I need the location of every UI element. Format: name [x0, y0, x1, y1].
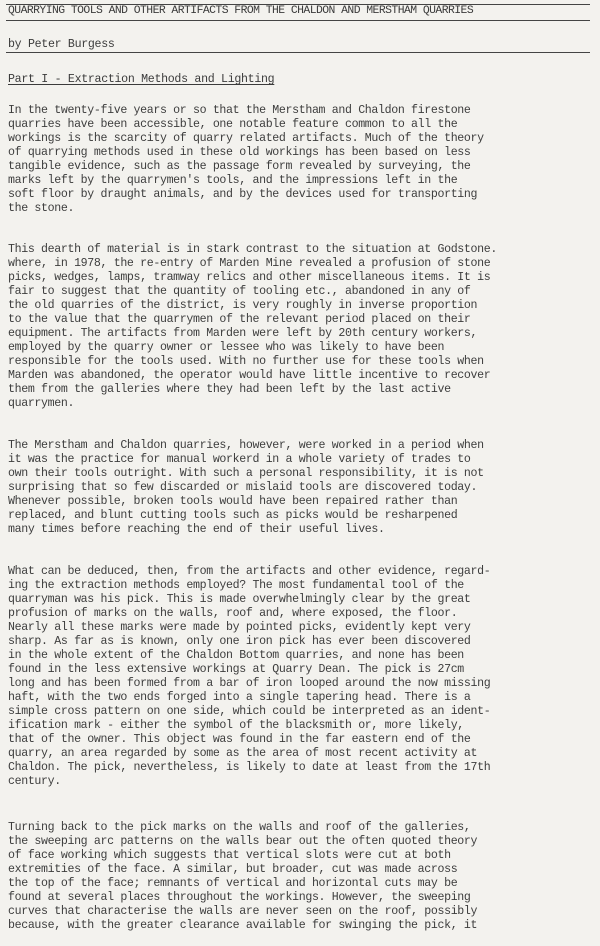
text-line: the sweeping arc patterns on the walls b… [8, 835, 477, 849]
document-page: QUARRYING TOOLS AND OTHER ARTIFACTS FROM… [0, 0, 600, 946]
text-line: workings is the scarcity of quarry relat… [8, 132, 484, 146]
text-line: Nearly all these marks were made by poin… [8, 621, 471, 635]
text-line: where, in 1978, the re-entry of Marden M… [8, 257, 490, 271]
text-line: them from the galleries where they had b… [8, 383, 451, 397]
text-line: sharp. As far as is known, only one iron… [8, 635, 471, 649]
document-title: QUARRYING TOOLS AND OTHER ARTIFACTS FROM… [8, 5, 473, 17]
text-line: the stone. [8, 202, 74, 216]
text-line: in the whole extent of the Chaldon Botto… [8, 649, 464, 663]
text-line: ing the extraction methods employed? The… [8, 579, 464, 593]
text-line: quarrymen. [8, 397, 74, 411]
text-line: This dearth of material is in stark cont… [8, 243, 497, 257]
text-line: ification mark - either the symbol of th… [8, 719, 464, 733]
byline-rule [6, 52, 590, 53]
text-line: Chaldon. The pick, nevertheless, is like… [8, 761, 490, 775]
title-bottom-rule [6, 20, 590, 21]
text-line: picks, wedges, lamps, tramway relics and… [8, 271, 490, 285]
text-line: quarries have been accessible, one notab… [8, 118, 457, 132]
text-line: Turning back to the pick marks on the wa… [8, 821, 471, 835]
text-line: long and has been formed from a bar of i… [8, 677, 490, 691]
text-line: fair to suggest that the quantity of too… [8, 285, 471, 299]
text-line: it was the practice for manual workerd i… [8, 453, 471, 467]
text-line: replaced, and blunt cutting tools such a… [8, 509, 457, 523]
text-line: the old quarries of the district, is ver… [8, 299, 477, 313]
text-line: profusion of marks on the walls, roof an… [8, 607, 457, 621]
text-line: century. [8, 775, 61, 789]
text-line: many times before reaching the end of th… [8, 523, 385, 537]
text-line: employed by the quarry owner or lessee w… [8, 341, 444, 355]
text-line: to the value that the quarrymen of the r… [8, 313, 471, 327]
text-line: surprising that so few discarded or misl… [8, 481, 477, 495]
text-line: equipment. The artifacts from Marden wer… [8, 327, 477, 341]
section-heading: Part I - Extraction Methods and Lighting [8, 73, 274, 86]
text-line: quarry, an area regarded by some as the … [8, 747, 477, 761]
text-line: the top of the face; remnants of vertica… [8, 877, 457, 891]
text-line: of face working which suggests that vert… [8, 849, 451, 863]
text-line: What can be deduced, then, from the arti… [8, 565, 490, 579]
text-line: curves that characterise the walls are n… [8, 905, 477, 919]
text-line: In the twenty-five years or so that the … [8, 104, 471, 118]
text-line: The Merstham and Chaldon quarries, howev… [8, 439, 484, 453]
text-line: own their tools outright. With such a pe… [8, 467, 484, 481]
text-line: extremities of the face. A similar, but … [8, 863, 457, 877]
text-line: tangible evidence, such as the passage f… [8, 160, 471, 174]
text-line: because, with the greater clearance avai… [8, 919, 477, 933]
text-line: found at several places throughout the w… [8, 891, 471, 905]
text-line: haft, with the two ends forged into a si… [8, 691, 471, 705]
text-line: that of the owner. This object was found… [8, 733, 471, 747]
text-line: of quarrying methods used in these old w… [8, 146, 471, 160]
text-line: soft floor by draught animals, and by th… [8, 188, 477, 202]
text-line: Whenever possible, broken tools would ha… [8, 495, 457, 509]
text-line: marks left by the quarrymen's tools, and… [8, 174, 457, 188]
text-line: simple cross pattern on one side, which … [8, 705, 490, 719]
text-line: Marden was abandoned, the operator would… [8, 369, 490, 383]
text-line: responsible for the tools used. With no … [8, 355, 484, 369]
author-byline: by Peter Burgess [8, 38, 115, 51]
text-line: quarryman was his pick. This is made ove… [8, 593, 471, 607]
text-line: found in the less extensive workings at … [8, 663, 464, 677]
